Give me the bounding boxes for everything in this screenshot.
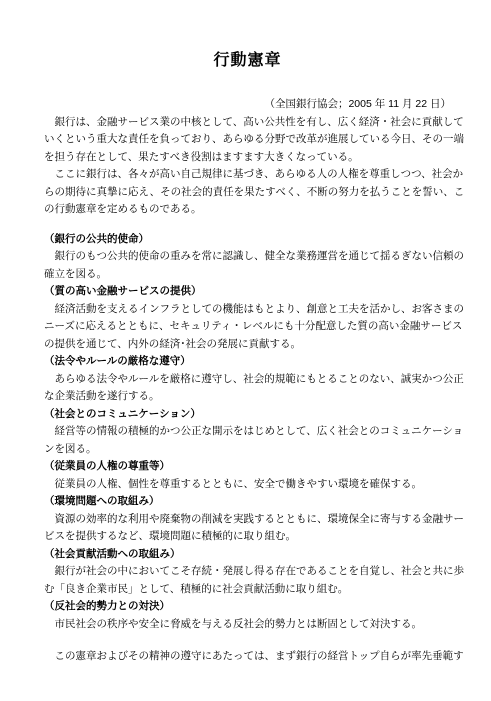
section-heading: （銀行の公共的使命） — [44, 231, 451, 249]
closing-paragraph: この憲章およびその精神の遵守にあたっては、まず銀行の経営トップ自らが率先垂範す — [44, 648, 451, 666]
section-heading: （社会貢献活動への取組み） — [44, 546, 451, 564]
attribution-line: （全国銀行協会；2005 年 11 月 22 日） — [44, 96, 451, 114]
document-page: 行動憲章 （全国銀行協会；2005 年 11 月 22 日） 銀行は、金融サービ… — [0, 0, 491, 701]
section-environment: （環境問題への取組み） 資源の効率的な利用や廃棄物の削減を実践するとともに、環境… — [44, 493, 451, 546]
section-list: （銀行の公共的使命） 銀行のもつ公共的使命の重みを常に認識し、健全な業務運営を通… — [44, 231, 451, 634]
section-body: あらゆる法令やルールを厳格に遵守し、社会的規範にもとることのない、誠実かつ公正 … — [44, 371, 451, 406]
section-body: 経営等の情報の積極的かつ公正な開示をはじめとして、広く社会とのコミュニケーショ … — [44, 423, 451, 458]
section-heading: （社会とのコミュニケーション） — [44, 406, 451, 424]
page-title: 行動憲章 — [44, 50, 451, 72]
section-communication: （社会とのコミュニケーション） 経営等の情報の積極的かつ公正な開示をはじめとして… — [44, 406, 451, 459]
section-body: 経済活動を支えるインフラとしての機能はもとより、創意と工夫を活かし、お客さまの … — [44, 301, 451, 354]
section-law-compliance: （法令やルールの厳格な遵守） あらゆる法令やルールを厳格に遵守し、社会的規範にも… — [44, 353, 451, 406]
section-body: 資源の効率的な利用や廃棄物の削減を実践するとともに、環境保全に寄与する金融サー … — [44, 511, 451, 546]
section-antisocial-forces: （反社会的勢力との対決） 市民社会の秩序や安全に脅威を与える反社会的勢力とは断固… — [44, 598, 451, 633]
section-heading: （反社会的勢力との対決） — [44, 598, 451, 616]
section-social-contribution: （社会貢献活動への取組み） 銀行が社会の中においてこそ存続・発展し得る存在である… — [44, 546, 451, 599]
section-heading: （質の高い金融サービスの提供） — [44, 283, 451, 301]
section-body: 従業員の人権、個性を尊重するとともに、安全で働きやすい環境を確保する。 — [44, 476, 451, 494]
section-heading: （法令やルールの厳格な遵守） — [44, 353, 451, 371]
section-public-mission: （銀行の公共的使命） 銀行のもつ公共的使命の重みを常に認識し、健全な業務運営を通… — [44, 231, 451, 284]
intro-paragraph-2: ここに銀行は、各々が高い自己規律に基づき、あらゆる人の人権を尊重しつつ、社会か … — [44, 166, 451, 219]
section-body: 市民社会の秩序や安全に脅威を与える反社会的勢力とは断固として対決する。 — [44, 616, 451, 634]
section-quality-services: （質の高い金融サービスの提供） 経済活動を支えるインフラとしての機能はもとより、… — [44, 283, 451, 353]
section-heading: （従業員の人権の尊重等） — [44, 458, 451, 476]
section-employee-rights: （従業員の人権の尊重等） 従業員の人権、個性を尊重するとともに、安全で働きやすい… — [44, 458, 451, 493]
section-heading: （環境問題への取組み） — [44, 493, 451, 511]
intro-paragraph-1: 銀行は、金融サービス業の中核として、高い公共性を有し、広く経済・社会に貢献して … — [44, 114, 451, 167]
section-body: 銀行が社会の中においてこそ存続・発展し得る存在であることを自覚し、社会と共に歩 … — [44, 563, 451, 598]
section-body: 銀行のもつ公共的使命の重みを常に認識し、健全な業務運営を通じて揺るぎない信頼の … — [44, 248, 451, 283]
